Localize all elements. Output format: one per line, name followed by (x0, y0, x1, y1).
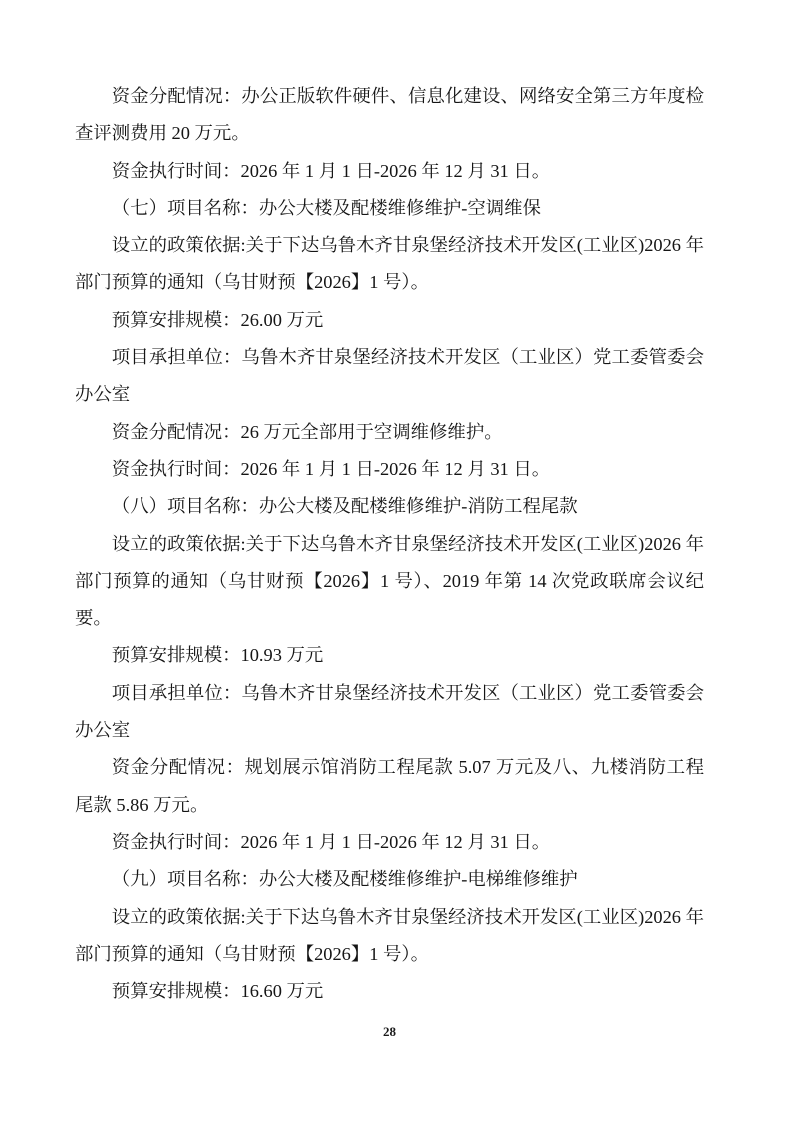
paragraph-project8-name: （八）项目名称：办公大楼及配楼维修维护-消防工程尾款 (75, 488, 704, 525)
paragraph-project6-fund-allocation: 资金分配情况：办公正版软件硬件、信息化建设、网络安全第三方年度检查评测费用 20… (75, 78, 704, 153)
paragraph-project9-name: （九）项目名称：办公大楼及配楼维修维护-电梯维修维护 (75, 861, 704, 898)
page-number: 28 (75, 1022, 704, 1042)
document-page: 资金分配情况：办公正版软件硬件、信息化建设、网络安全第三方年度检查评测费用 20… (0, 0, 793, 1122)
document-body: 资金分配情况：办公正版软件硬件、信息化建设、网络安全第三方年度检查评测费用 20… (75, 78, 704, 1010)
paragraph-project7-fund-allocation: 资金分配情况：26 万元全部用于空调维修维护。 (75, 414, 704, 451)
paragraph-project7-policy-basis: 设立的政策依据:关于下达乌鲁木齐甘泉堡经济技术开发区(工业区)2026 年部门预… (75, 227, 704, 302)
paragraph-project7-budget-scale: 预算安排规模：26.00 万元 (75, 302, 704, 339)
paragraph-project8-policy-basis: 设立的政策依据:关于下达乌鲁木齐甘泉堡经济技术开发区(工业区)2026 年部门预… (75, 526, 704, 638)
paragraph-project8-undertaking-unit: 项目承担单位：乌鲁木齐甘泉堡经济技术开发区（工业区）党工委管委会办公室 (75, 675, 704, 750)
paragraph-project7-fund-execution-time: 资金执行时间：2026 年 1 月 1 日-2026 年 12 月 31 日。 (75, 451, 704, 488)
paragraph-project7-undertaking-unit: 项目承担单位：乌鲁木齐甘泉堡经济技术开发区（工业区）党工委管委会办公室 (75, 339, 704, 414)
paragraph-project8-fund-allocation: 资金分配情况：规划展示馆消防工程尾款 5.07 万元及八、九楼消防工程尾款 5.… (75, 749, 704, 824)
paragraph-project9-budget-scale: 预算安排规模：16.60 万元 (75, 973, 704, 1010)
paragraph-project8-fund-execution-time: 资金执行时间：2026 年 1 月 1 日-2026 年 12 月 31 日。 (75, 824, 704, 861)
paragraph-project6-fund-execution-time: 资金执行时间：2026 年 1 月 1 日-2026 年 12 月 31 日。 (75, 153, 704, 190)
paragraph-project7-name: （七）项目名称：办公大楼及配楼维修维护-空调维保 (75, 190, 704, 227)
paragraph-project9-policy-basis: 设立的政策依据:关于下达乌鲁木齐甘泉堡经济技术开发区(工业区)2026 年部门预… (75, 899, 704, 974)
paragraph-project8-budget-scale: 预算安排规模：10.93 万元 (75, 637, 704, 674)
